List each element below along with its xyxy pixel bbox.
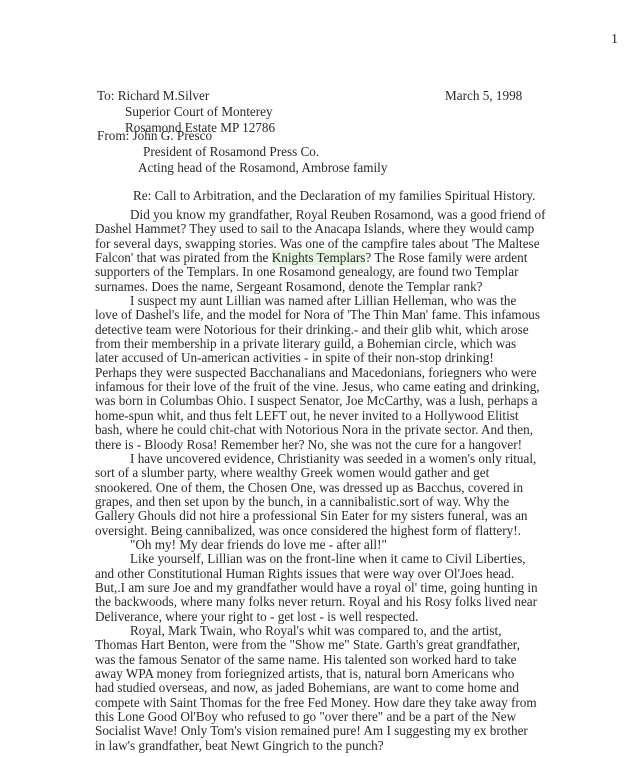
subject-line: Re: Call to Arbitration, and the Declara…: [133, 188, 535, 204]
sender-line: President of Rosamond Press Co.: [97, 144, 387, 160]
paragraph: Did you know my grandfather, Royal Reube…: [95, 208, 565, 294]
letter-date: March 5, 1998: [445, 88, 522, 104]
recipient-name: Richard M.Silver: [118, 88, 210, 103]
from-label: From:: [97, 128, 129, 143]
paragraph: Royal, Mark Twain, who Royal's whit was …: [95, 624, 565, 753]
highlighted-text: Knights Templars: [272, 250, 366, 265]
sender-name: John G. Presco: [133, 128, 213, 143]
sender-line: Acting head of the Rosamond, Ambrose fam…: [97, 160, 387, 176]
letter-body: Did you know my grandfather, Royal Reube…: [95, 208, 565, 753]
page-number: 1: [611, 32, 618, 48]
recipient-line: Superior Court of Monterey: [97, 104, 275, 120]
paragraph: I have uncovered evidence, Christianity …: [95, 452, 565, 538]
paragraph: Like yourself, Lillian was on the front-…: [95, 552, 565, 624]
to-label: To:: [97, 88, 114, 103]
sender-block: From: John G. Presco President of Rosamo…: [97, 128, 387, 176]
paragraph: "Oh my! My dear friends do love me - aft…: [95, 538, 565, 552]
paragraph: I suspect my aunt Lillian was named afte…: [95, 294, 565, 452]
